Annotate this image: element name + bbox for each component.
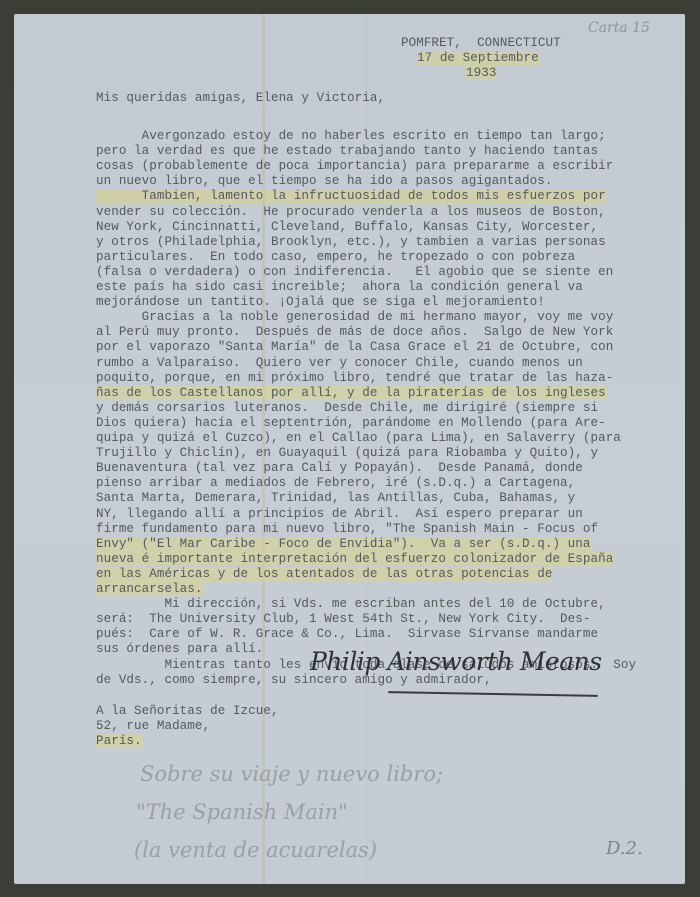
body-line-text: vender su colección. He procurado vender…	[96, 205, 606, 219]
body-line: este país ha sido casi increible; ahora …	[96, 280, 583, 295]
body-line: pienso arribar a mediados de Febrero, ir…	[96, 476, 575, 491]
body-line: vender su colección. He procurado vender…	[96, 205, 606, 220]
address-line-2: 52, rue Madame,	[96, 719, 210, 734]
body-line-text: este país ha sido casi increible; ahora …	[96, 280, 583, 294]
body-line: (falsa o verdadera) o con indiferencia. …	[96, 265, 613, 280]
body-line: poquito, porque, en mi próximo libro, te…	[96, 371, 613, 386]
body-line: ñas de los Castellanos por allí, y de la…	[96, 386, 606, 401]
body-line-text: un nuevo libro, que el tiempo se ha ido …	[96, 174, 552, 188]
body-line: firme fundamento para mi nuevo libro, "T…	[96, 522, 598, 537]
body-line-text: particulares. En todo caso, empero, he t…	[96, 250, 575, 264]
body-line-text: pienso arribar a mediados de Febrero, ir…	[96, 476, 575, 490]
body-line-text: y demás corsarios luteranos. Desde Chile…	[96, 401, 598, 415]
body-line-text: NY, llegando allí a principios de Abril.…	[96, 507, 583, 521]
salutation: Mis queridas amigas, Elena y Victoria,	[96, 91, 385, 106]
body-line: Buenaventura (tal vez para Calí y Popayá…	[96, 461, 583, 476]
body-line-text: ñas de los Castellanos por allí, y de la…	[96, 386, 606, 400]
body-line-text: poquito, porque, en mi próximo libro, te…	[96, 371, 613, 385]
body-line-text: mejorándose un tantito. ¡Ojalá que se si…	[96, 295, 545, 309]
archive-note: Carta 15	[588, 20, 650, 36]
pencil-note-line-2: "The Spanish Main"	[136, 800, 348, 824]
body-line-text: Buenaventura (tal vez para Calí y Popayá…	[96, 461, 583, 475]
body-line: arrancarselas.	[96, 582, 203, 597]
body-line: nueva é importante interpretación del es…	[96, 552, 613, 567]
body-line: cosas (probablemente de poca importancia…	[96, 159, 613, 174]
body-line-text: pués: Care of W. R. Grace & Co., Lima. S…	[96, 627, 598, 641]
body-line: y demás corsarios luteranos. Desde Chile…	[96, 401, 598, 416]
body-line-text: New York, Cincinnatti, Cleveland, Buffal…	[96, 220, 598, 234]
body-line-text: y otros (Philadelphia, Brooklyn, etc.), …	[96, 235, 606, 249]
body-line-text: Tambien, lamento la infructuosidad de to…	[96, 189, 606, 203]
body-line-text: Trujillo y Chiclín), en Guayaquil (quizá…	[96, 446, 598, 460]
body-line: será: The University Club, 1 West 54th S…	[96, 612, 591, 627]
body-line: y otros (Philadelphia, Brooklyn, etc.), …	[96, 235, 606, 250]
body-line: NY, llegando allí a principios de Abril.…	[96, 507, 583, 522]
body-line-text: Mi dirección, si Vds. me escriban antes …	[96, 597, 606, 611]
body-line: quipa y quizá el Cuzco), en el Callao (p…	[96, 431, 621, 446]
header-date: 17 de Septiembre	[417, 51, 539, 66]
body-line-text: será: The University Club, 1 West 54th S…	[96, 612, 591, 626]
body-line: al Perú muy pronto. Después de más de do…	[96, 325, 613, 340]
body-line-text: quipa y quizá el Cuzco), en el Callao (p…	[96, 431, 621, 445]
header-place: POMFRET, CONNECTICUT	[401, 36, 561, 51]
body-line: pués: Care of W. R. Grace & Co., Lima. S…	[96, 627, 598, 642]
body-line: un nuevo libro, que el tiempo se ha ido …	[96, 174, 552, 189]
body-line: en las Américas y de los atentados de la…	[96, 567, 552, 582]
body-line-text: cosas (probablemente de poca importancia…	[96, 159, 613, 173]
body-line-text: por el vaporazo "Santa María" de la Casa…	[96, 340, 613, 354]
body-line: Envy" ("El Mar Caribe - Foco de Envidia"…	[96, 537, 591, 552]
header-year: 1933	[466, 66, 496, 81]
body-line: pero la verdad es que he estado trabajan…	[96, 144, 598, 159]
body-line: Dios quiera) hacía el septentrión, parán…	[96, 416, 606, 431]
body-line-text: sus órdenes para allí.	[96, 642, 263, 656]
body-line-text: arrancarselas.	[96, 582, 203, 596]
body-line: New York, Cincinnatti, Cleveland, Buffal…	[96, 220, 598, 235]
body-line: particulares. En todo caso, empero, he t…	[96, 250, 575, 265]
body-line-text: (falsa o verdadera) o con indiferencia. …	[96, 265, 613, 279]
body-line-text: Avergonzado estoy de no haberles escrito…	[96, 129, 606, 143]
body-line-text: Santa Marta, Demerara, Trinidad, las Ant…	[96, 491, 575, 505]
body-line-text: al Perú muy pronto. Después de más de do…	[96, 325, 613, 339]
body-line: sus órdenes para allí.	[96, 642, 263, 657]
page-mark: D.2.	[606, 838, 643, 859]
body-line-text: Gracias a la noble generosidad de mi her…	[96, 310, 613, 324]
body-line-text: nueva é importante interpretación del es…	[96, 552, 613, 566]
address-line-3: París.	[96, 734, 142, 749]
body-line: Mi dirección, si Vds. me escriban antes …	[96, 597, 606, 612]
body-line: por el vaporazo "Santa María" de la Casa…	[96, 340, 613, 355]
body-line-text: rumbo a Valparaiso. Quiero ver y conocer…	[96, 356, 583, 370]
address-city: París.	[96, 734, 142, 748]
body-line: rumbo a Valparaiso. Quiero ver y conocer…	[96, 356, 583, 371]
pencil-note-line-1: Sobre su viaje y nuevo libro;	[140, 762, 443, 786]
body-line: Santa Marta, Demerara, Trinidad, las Ant…	[96, 491, 575, 506]
date-text: 17 de Septiembre	[417, 51, 539, 65]
year-text: 1933	[466, 66, 496, 80]
body-line: mejorándose un tantito. ¡Ojalá que se si…	[96, 295, 545, 310]
body-line-text: en las Américas y de los atentados de la…	[96, 567, 552, 581]
address-line-1: A la Señoritas de Izcue,	[96, 704, 279, 719]
body-line: Trujillo y Chiclín), en Guayaquil (quizá…	[96, 446, 598, 461]
body-line-text: Dios quiera) hacía el septentrión, parán…	[96, 416, 606, 430]
body-line-text: firme fundamento para mi nuevo libro, "T…	[96, 522, 598, 536]
signature: Philip Ainsworth Means	[310, 647, 602, 676]
pencil-note-line-3: (la venta de acuarelas)	[134, 838, 377, 862]
body-line: Avergonzado estoy de no haberles escrito…	[96, 129, 606, 144]
body-line-text: pero la verdad es que he estado trabajan…	[96, 144, 598, 158]
body-line-text: Envy" ("El Mar Caribe - Foco de Envidia"…	[96, 537, 591, 551]
body-line: Gracias a la noble generosidad de mi her…	[96, 310, 613, 325]
body-line: Tambien, lamento la infructuosidad de to…	[96, 189, 606, 204]
